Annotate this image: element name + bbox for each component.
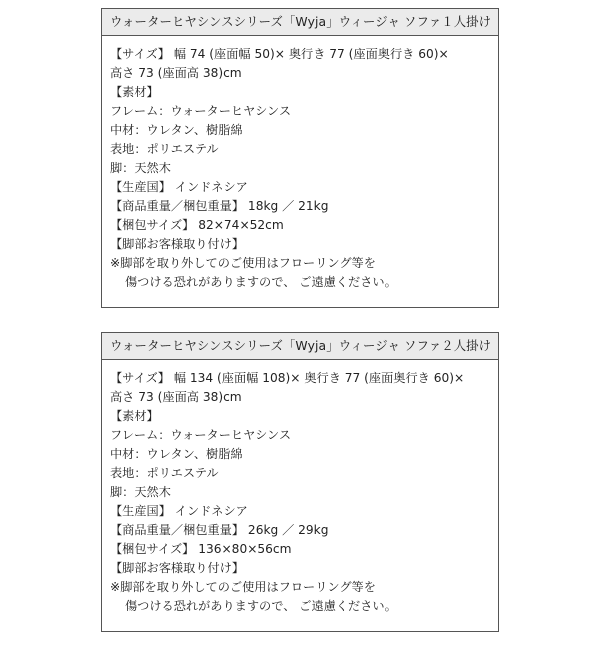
- spec-note: ※脚部を取り外してのご使用はフローリング等を: [110, 578, 498, 597]
- spec-note-continued: 傷つける恐れがありますので、 ご遠慮ください。: [110, 273, 498, 292]
- spec-package-size: 【梱包サイズ】 136×80×56cm: [110, 540, 498, 559]
- spec-weight: 【商品重量／梱包重量】 26kg ／ 29kg: [110, 521, 498, 540]
- spec-note-continued: 傷つける恐れがありますので、 ご遠慮ください。: [110, 597, 498, 616]
- spec-assembly-heading: 【脚部お客様取り付け】: [110, 235, 498, 254]
- spec-material-upholstery: 表地：ポリエステル: [110, 464, 498, 483]
- spec-size-height: 高さ 73 (座面高 38)cm: [110, 388, 498, 407]
- spec-body: 【サイズ】 幅 134 (座面幅 108)× 奥行き 77 (座面奥行き 60)…: [102, 360, 498, 616]
- spec-material-legs: 脚：天然木: [110, 483, 498, 502]
- spec-note: ※脚部を取り外してのご使用はフローリング等を: [110, 254, 498, 273]
- spec-size-height: 高さ 73 (座面高 38)cm: [110, 64, 498, 83]
- spec-material-legs: 脚：天然木: [110, 159, 498, 178]
- spec-title: ウォーターヒヤシンスシリーズ「Wyja」ウィージャ ソファ２人掛け: [102, 333, 498, 360]
- spec-table-two-seat: ウォーターヒヤシンスシリーズ「Wyja」ウィージャ ソファ２人掛け 【サイズ】 …: [101, 332, 499, 632]
- spec-material-frame: フレーム：ウォーターヒヤシンス: [110, 426, 498, 445]
- spec-weight: 【商品重量／梱包重量】 18kg ／ 21kg: [110, 197, 498, 216]
- spec-assembly-heading: 【脚部お客様取り付け】: [110, 559, 498, 578]
- spec-origin: 【生産国】 インドネシア: [110, 178, 498, 197]
- spec-body: 【サイズ】 幅 74 (座面幅 50)× 奥行き 77 (座面奥行き 60)× …: [102, 36, 498, 292]
- spec-material-heading: 【素材】: [110, 83, 498, 102]
- spec-material-upholstery: 表地：ポリエステル: [110, 140, 498, 159]
- spec-size: 【サイズ】 幅 74 (座面幅 50)× 奥行き 77 (座面奥行き 60)×: [110, 45, 498, 64]
- spec-table-single-seat: ウォーターヒヤシンスシリーズ「Wyja」ウィージャ ソファ１人掛け 【サイズ】 …: [101, 8, 499, 308]
- spec-material-filling: 中材：ウレタン、樹脂綿: [110, 121, 498, 140]
- spec-material-filling: 中材：ウレタン、樹脂綿: [110, 445, 498, 464]
- spec-title: ウォーターヒヤシンスシリーズ「Wyja」ウィージャ ソファ１人掛け: [102, 9, 498, 36]
- spec-origin: 【生産国】 インドネシア: [110, 502, 498, 521]
- spec-package-size: 【梱包サイズ】 82×74×52cm: [110, 216, 498, 235]
- spec-material-frame: フレーム：ウォーターヒヤシンス: [110, 102, 498, 121]
- spec-material-heading: 【素材】: [110, 407, 498, 426]
- spec-size: 【サイズ】 幅 134 (座面幅 108)× 奥行き 77 (座面奥行き 60)…: [110, 369, 498, 388]
